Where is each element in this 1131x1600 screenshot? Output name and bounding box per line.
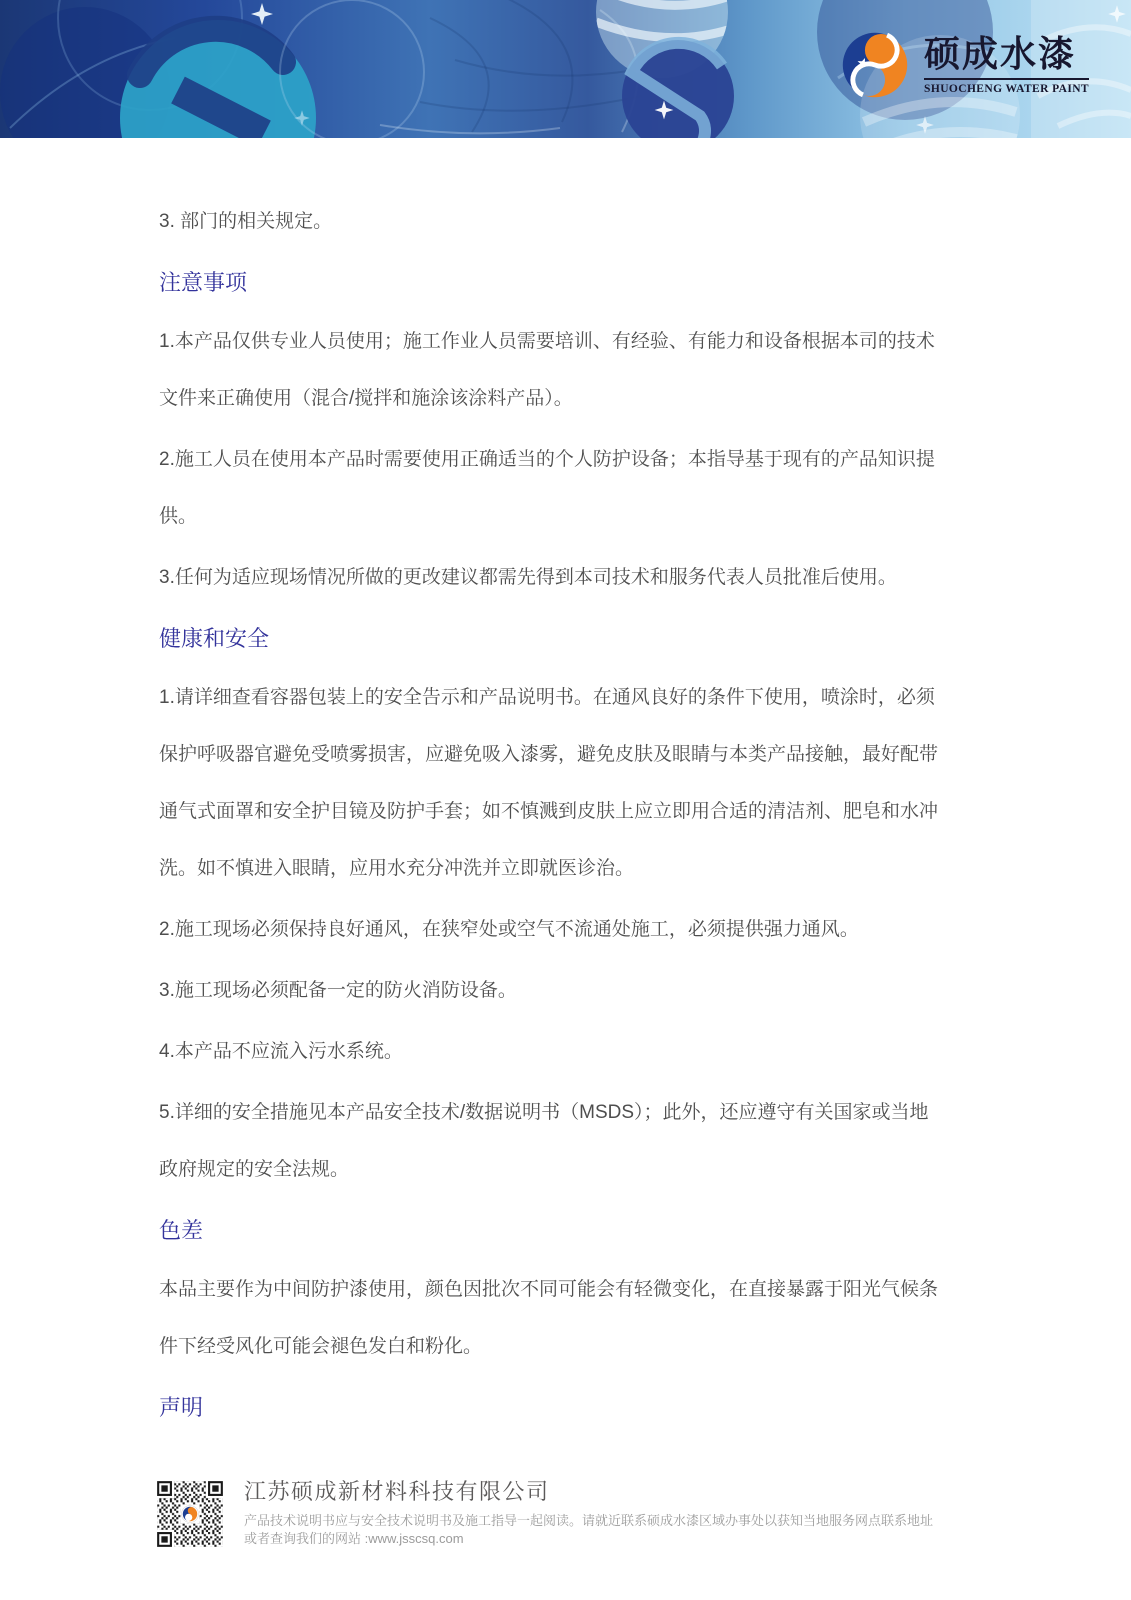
footer-note-line2: 或者查询我们的网站 :www.jsscsq.com — [244, 1530, 933, 1548]
brand-name-chinese: 硕成水漆 — [924, 35, 1089, 75]
section-heading-color-difference: 色差 — [159, 1202, 939, 1259]
paragraph: 1.请详细查看容器包装上的安全告示和产品说明书。在通风良好的条件下使用，喷涂时，… — [159, 669, 939, 897]
section-health-safety: 健康和安全 1.请详细查看容器包装上的安全告示和产品说明书。在通风良好的条件下使… — [159, 610, 939, 1198]
paint-swirl-logo-icon — [840, 30, 910, 100]
paragraph: 本品主要作为中间防护漆使用，颜色因批次不同可能会有轻微变化，在直接暴露于阳光气候… — [159, 1261, 939, 1375]
document-content: 3. 部门的相关规定。 注意事项 1.本产品仅供专业人员使用；施工作业人员需要培… — [0, 138, 939, 1436]
brand-logo-text: 硕成水漆 SHUOCHENG WATER PAINT — [924, 35, 1089, 95]
section-heading-precautions: 注意事项 — [159, 254, 939, 311]
footer-text: 江苏硕成新材料科技有限公司 产品技术说明书应与安全技术说明书及施工指导一起阅读。… — [244, 1479, 933, 1547]
footer-note-line1: 产品技术说明书应与安全技术说明书及施工指导一起阅读。请就近联系硕成水漆区域办事处… — [244, 1512, 933, 1530]
paragraph: 1.本产品仅供专业人员使用；施工作业人员需要培训、有经验、有能力和设备根据本司的… — [159, 313, 939, 427]
brand-name-english: SHUOCHENG WATER PAINT — [924, 78, 1089, 95]
document-page: 硕成水漆 SHUOCHENG WATER PAINT 3. 部门的相关规定。 注… — [0, 0, 1131, 1600]
header-banner: 硕成水漆 SHUOCHENG WATER PAINT — [0, 0, 1131, 138]
paragraph: 5.详细的安全措施见本产品安全技术/数据说明书（MSDS）；此外，还应遵守有关国… — [159, 1084, 939, 1198]
brand-logo: 硕成水漆 SHUOCHENG WATER PAINT — [840, 30, 1089, 100]
paragraph: 2.施工人员在使用本产品时需要使用正确适当的个人防护设备；本指导基于现有的产品知… — [159, 431, 939, 545]
footer: 江苏硕成新材料科技有限公司 产品技术说明书应与安全技术说明书及施工指导一起阅读。… — [0, 1438, 1131, 1549]
footer-note: 产品技术说明书应与安全技术说明书及施工指导一起阅读。请就近联系硕成水漆区域办事处… — [244, 1512, 933, 1547]
paragraph: 4.本产品不应流入污水系统。 — [159, 1023, 939, 1080]
section-statement: 声明 — [159, 1379, 939, 1436]
paragraph: 3.任何为适应现场情况所做的更改建议都需先得到本司技术和服务代表人员批准后使用。 — [159, 549, 939, 606]
paragraph: 2.施工现场必须保持良好通风，在狭窄处或空气不流通处施工，必须提供强力通风。 — [159, 901, 939, 958]
paragraph: 3.施工现场必须配备一定的防火消防设备。 — [159, 962, 939, 1019]
section-color-difference: 色差 本品主要作为中间防护漆使用，颜色因批次不同可能会有轻微变化，在直接暴露于阳… — [159, 1202, 939, 1375]
section-heading-health-safety: 健康和安全 — [159, 610, 939, 667]
company-name: 江苏硕成新材料科技有限公司 — [244, 1479, 933, 1505]
section-heading-statement: 声明 — [159, 1379, 939, 1436]
section-precautions: 注意事项 1.本产品仅供专业人员使用；施工作业人员需要培训、有经验、有能力和设备… — [159, 254, 939, 606]
intro-line: 3. 部门的相关规定。 — [159, 193, 939, 250]
qr-code-icon — [155, 1479, 225, 1549]
